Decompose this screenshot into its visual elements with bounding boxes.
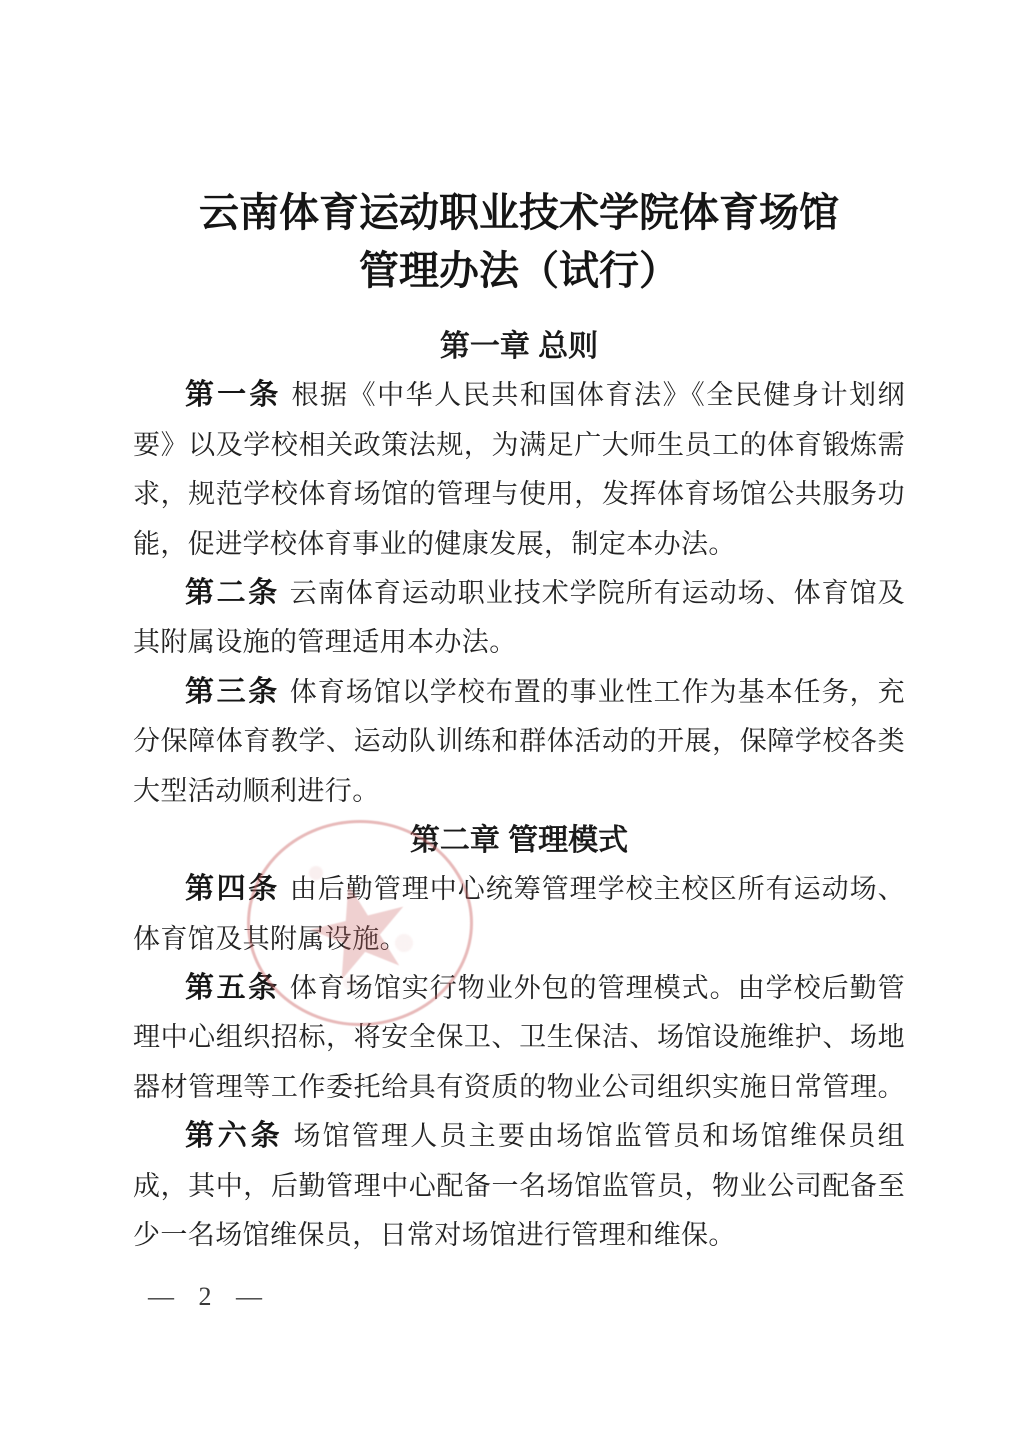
article-number-lead: 第六条 xyxy=(185,1120,283,1152)
body-line: 第四条由后勤管理中心统筹管理学校主校区所有运动场、 xyxy=(133,865,905,914)
body-line: 第六条场馆管理人员主要由场馆监管员和场馆维保员组 xyxy=(133,1112,905,1161)
article-text: 场馆管理人员主要由场馆监管员和场馆维保员组 xyxy=(293,1121,905,1151)
body-line: 其附属设施的管理适用本办法。 xyxy=(133,618,905,667)
body-line: 器材管理等工作委托给具有资质的物业公司组织实施日常管理。 xyxy=(133,1063,905,1112)
article-flow: 第一章 总则第一条根据《中华人民共和国体育法》《全民健身计划纲要》以及学校相关政… xyxy=(133,322,905,1260)
article-text: 体育场馆以学校布置的事业性工作为基本任务，充 xyxy=(290,677,905,707)
body-line: 第一条根据《中华人民共和国体育法》《全民健身计划纲 xyxy=(133,371,905,420)
page-number: — 2 — xyxy=(148,1282,264,1312)
article-text: 由后勤管理中心统筹管理学校主校区所有运动场、 xyxy=(290,874,905,904)
body-line: 大型活动顺利进行。 xyxy=(133,767,905,816)
article-number-lead: 第三条 xyxy=(185,676,280,708)
article-number-lead: 第一条 xyxy=(185,379,281,411)
body-line: 少一名场馆维保员，日常对场馆进行管理和维保。 xyxy=(133,1211,905,1260)
document-title-line-2: 管理办法（试行） xyxy=(133,242,905,300)
body-line: 分保障体育教学、运动队训练和群体活动的开展，保障学校各类 xyxy=(133,717,905,766)
article-text: 云南体育运动职业技术学院所有运动场、体育馆及 xyxy=(290,578,905,608)
article-text: 体育场馆实行物业外包的管理模式。由学校后勤管 xyxy=(290,973,905,1003)
body-line: 第三条体育场馆以学校布置的事业性工作为基本任务，充 xyxy=(133,668,905,717)
chapter-heading: 第一章 总则 xyxy=(133,322,905,371)
document-title-line-1: 云南体育运动职业技术学院体育场馆 xyxy=(133,184,905,242)
document-body: 云南体育运动职业技术学院体育场馆 管理办法（试行） 第一章 总则第一条根据《中华… xyxy=(133,184,905,1260)
chapter-heading: 第二章 管理模式 xyxy=(133,816,905,865)
body-line: 理中心组织招标，将安全保卫、卫生保洁、场馆设施维护、场地 xyxy=(133,1013,905,1062)
body-line: 成，其中，后勤管理中心配备一名场馆监管员，物业公司配备至 xyxy=(133,1162,905,1211)
document-page: ★ 云南体育运动职业技术学院体育场馆 管理办法（试行） 第一章 总则第一条根据《… xyxy=(0,0,1024,1447)
article-number-lead: 第二条 xyxy=(185,577,280,609)
body-line: 第五条体育场馆实行物业外包的管理模式。由学校后勤管 xyxy=(133,964,905,1013)
body-line: 体育馆及其附属设施。 xyxy=(133,915,905,964)
body-line: 要》以及学校相关政策法规，为满足广大师生员工的体育锻炼需 xyxy=(133,421,905,470)
article-number-lead: 第四条 xyxy=(185,873,280,905)
body-line: 第二条云南体育运动职业技术学院所有运动场、体育馆及 xyxy=(133,569,905,618)
body-line: 求，规范学校体育场馆的管理与使用，发挥体育场馆公共服务功 xyxy=(133,470,905,519)
body-line: 能，促进学校体育事业的健康发展，制定本办法。 xyxy=(133,520,905,569)
article-number-lead: 第五条 xyxy=(185,972,280,1004)
article-text: 根据《中华人民共和国体育法》《全民健身计划纲 xyxy=(291,380,905,410)
